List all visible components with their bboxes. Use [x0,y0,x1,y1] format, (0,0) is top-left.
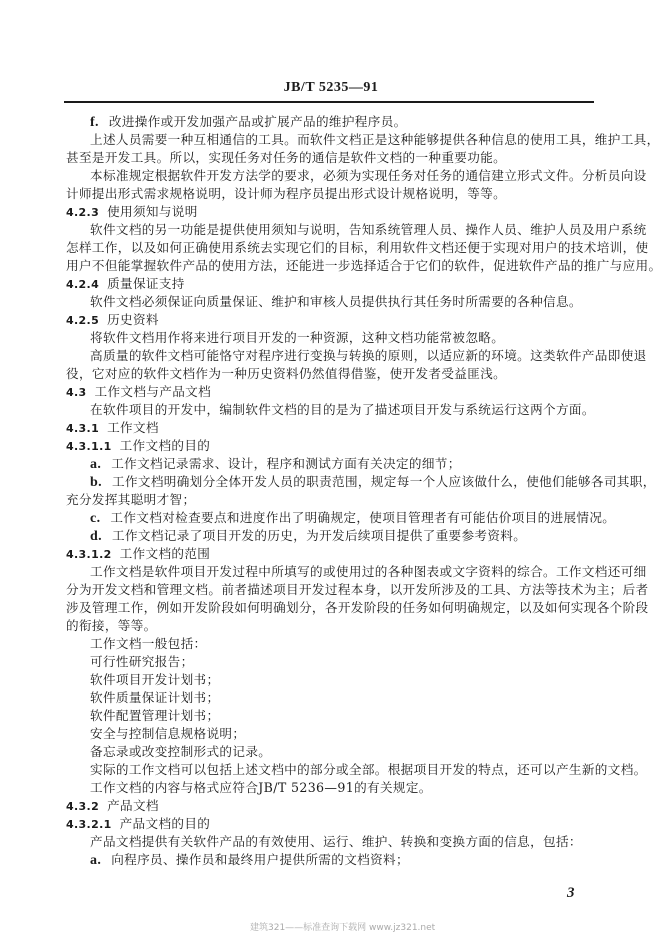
paragraph-line: 备忘录或改变控制形式的记录。 [66,743,598,761]
section-heading: 4.3.1.1工作文档的目的 [66,437,598,455]
paragraph-continuation: 用户不但能掌握软件产品的使用方法，还能进一步选择适合于它们的软件，促进软件产品的… [66,257,598,275]
section-number: 4.2.4 [66,278,99,291]
section-heading: 4.2.5历史资料 [66,311,598,329]
paragraph-continuation: 充分发挥其聪明才智； [66,491,598,509]
paragraph-line: 产品文档提供有关软件产品的有效使用、运行、维护、转换和变换方面的信息，包括： [66,833,598,851]
section-title: 工作文档的目的 [120,438,211,453]
list-item-text: 向程序员、操作员和最终用户提供所需的文档资料； [111,852,409,867]
list-item: a.向程序员、操作员和最终用户提供所需的文档资料； [66,851,598,869]
section-number: 4.3.2.1 [66,818,112,831]
section-number: 4.3.1.1 [66,440,112,453]
section-heading: 4.2.3使用须知与说明 [66,203,598,221]
list-item-text: 改进操作或开发加强产品或扩展产品的维护程序员。 [109,114,407,129]
paragraph-continuation: 役，它对应的软件文档作为一种历史资料仍然值得借鉴，使开发者受益匪浅。 [66,365,598,383]
list-item-text: 工作文档记录了项目开发的历史，为开发后续项目提供了重要参考资料。 [112,528,526,543]
section-heading: 4.2.4质量保证支持 [66,275,598,293]
section-number: 4.3.1.2 [66,548,112,561]
paragraph-line: 将软件文档用作将来进行项目开发的一种资源，这种文档功能常被忽略。 [66,329,598,347]
paragraph-continuation: 分为开发文档和管理文档。前者描述项目开发过程本身，以开发所涉及的工具、方法等技术… [66,581,598,599]
watermark: 建筑321——标准查询下载网 www.jz321.net [250,920,435,933]
section-title: 工作文档与产品文档 [95,384,212,399]
list-item: c.工作文档对检查要点和进度作出了明确规定，使项目管理者有可能估价项目的进展情况… [66,509,598,527]
list-item-label: f. [90,115,99,130]
section-heading: 4.3工作文档与产品文档 [66,383,598,401]
paragraph-line: 安全与控制信息规格说明； [66,725,598,743]
section-title: 产品文档的目的 [120,816,211,831]
section-title: 工作文档的范围 [120,546,211,561]
section-heading: 4.3.1工作文档 [66,419,598,437]
paragraph-line: 软件质量保证计划书； [66,689,598,707]
paragraph-continuation: 甚至是开发工具。所以，实现任务对任务的通信是软件文档的一种重要功能。 [66,149,598,167]
page-number: 3 [567,885,575,902]
section-number: 4.3.1 [66,422,99,435]
section-number: 4.2.3 [66,206,99,219]
paragraph-line: 在软件项目的开发中，编制软件文档的目的是为了描述项目开发与系统运行这两个方面。 [66,401,598,419]
list-item: b.工作文档明确划分全体开发人员的职责范围，规定每一个人应该做什么，使他们能够各… [66,473,598,491]
section-number: 4.3 [66,386,87,399]
list-item-label: c. [90,511,100,526]
paragraph-line: 软件文档的另一功能是提供使用须知与说明，告知系统管理人员、操作人员、维护人员及用… [66,221,598,239]
section-heading: 4.3.2产品文档 [66,797,598,815]
section-number: 4.2.5 [66,314,99,327]
paragraph-line: 可行性研究报告； [66,653,598,671]
standard-code-header: JB/T 5235—91 [0,80,662,96]
list-item-label: b. [90,475,102,490]
list-item: d.工作文档记录了项目开发的历史，为开发后续项目提供了重要参考资料。 [66,527,598,545]
list-item-label: d. [90,529,102,544]
list-item-label: a. [90,457,101,472]
paragraph-line: 工作文档一般包括： [66,635,598,653]
paragraph-line: 工作文档的内容与格式应符合JB/T 5236—91的有关规定。 [66,779,598,797]
paragraph-line: 上述人员需要一种互相通信的工具。而软件文档正是这种能够提供各种信息的使用工具，维… [66,131,598,149]
list-item-text: 工作文档明确划分全体开发人员的职责范围，规定每一个人应该做什么，使他们能够各司其… [112,474,656,489]
section-title: 质量保证支持 [107,276,185,291]
list-item-text: 工作文档对检查要点和进度作出了明确规定，使项目管理者有可能估价项目的进展情况。 [110,510,615,525]
paragraph-line: 高质量的软件文档可能恪守对程序进行变换与转换的原则，以适应新的环境。这类软件产品… [66,347,598,365]
list-item-text: 工作文档记录需求、设计，程序和测试方面有关决定的细节； [111,456,460,471]
paragraph-line: 软件项目开发计划书； [66,671,598,689]
section-title: 工作文档 [107,420,159,435]
paragraph-continuation: 计师提出形式需求规格说明，设计师为程序员提出形式设计规格说明，等等。 [66,185,598,203]
paragraph-line: 本标准规定根据软件开发方法学的要求，必须为实现任务对任务的通信建立形式文件。分析… [66,167,598,185]
list-item: f.改进操作或开发加强产品或扩展产品的维护程序员。 [66,113,598,131]
paragraph-line: 实际的工作文档可以包括上述文档中的部分或全部。根据项目开发的特点，还可以产生新的… [66,761,598,779]
paragraph-continuation: 的衔接，等等。 [66,617,598,635]
document-body: f.改进操作或开发加强产品或扩展产品的维护程序员。上述人员需要一种互相通信的工具… [66,113,598,869]
section-heading: 4.3.1.2工作文档的范围 [66,545,598,563]
paragraph-continuation: 涉及管理工作，例如开发阶段如何明确划分，各开发阶段的任务如何明确规定，以及如何实… [66,599,598,617]
list-item-label: a. [90,853,101,868]
section-title: 使用须知与说明 [107,204,198,219]
list-item: a.工作文档记录需求、设计，程序和测试方面有关决定的细节； [66,455,598,473]
paragraph-line: 软件配置管理计划书； [66,707,598,725]
paragraph-continuation: 怎样工作，以及如何正确使用系统去实现它们的目标，利用软件文档还便于实现对用户的技… [66,239,598,257]
section-heading: 4.3.2.1产品文档的目的 [66,815,598,833]
paragraph-line: 软件文档必须保证向质量保证、维护和审核人员提供执行其任务时所需要的各种信息。 [66,293,598,311]
section-title: 历史资料 [107,312,159,327]
paragraph-line: 工作文档是软件项目开发过程中所填写的或使用过的各种图表或文字资料的综合。工作文档… [66,563,598,581]
section-title: 产品文档 [107,798,159,813]
header-divider [64,101,594,103]
section-number: 4.3.2 [66,800,99,813]
